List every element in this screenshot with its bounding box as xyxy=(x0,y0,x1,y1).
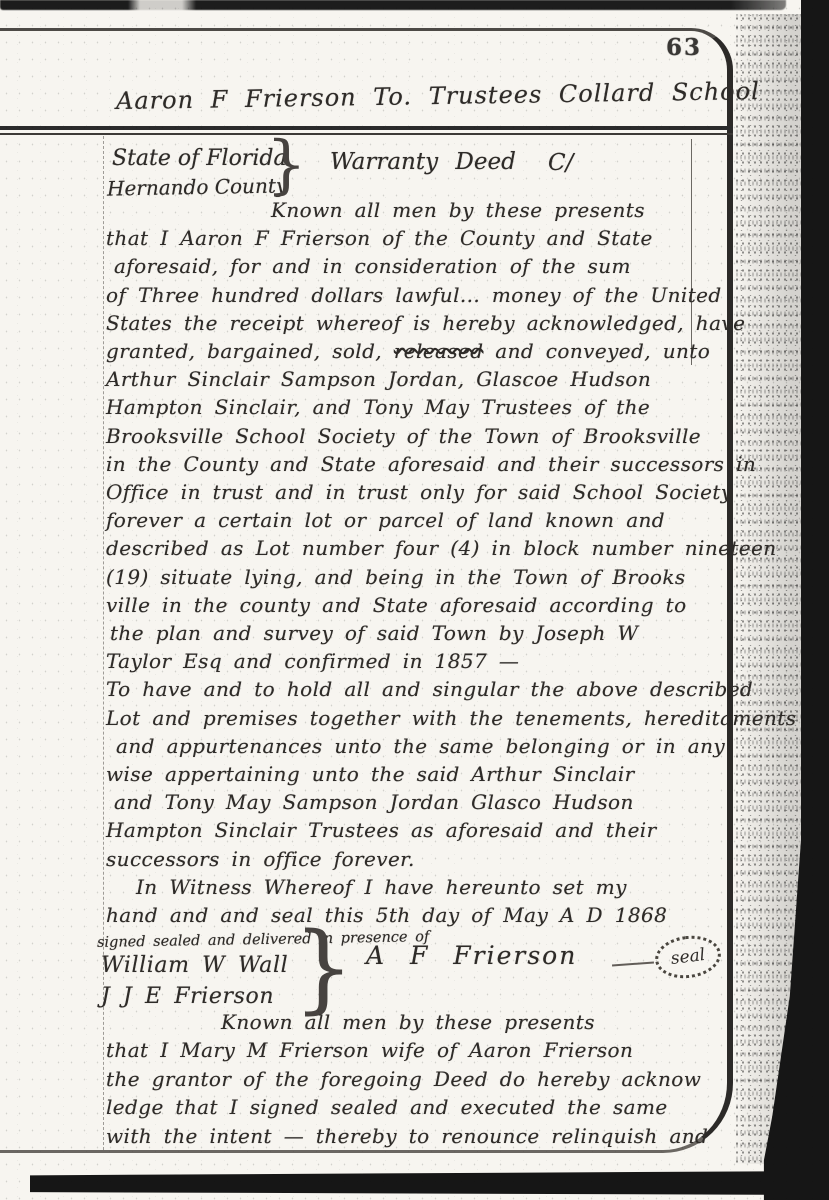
line-text: and conveyed, unto xyxy=(483,339,710,363)
handwritten-line: Arthur Sinclair Sampson Jordan, Glascoe … xyxy=(106,365,726,393)
handwritten-line: To have and to hold all and singular the… xyxy=(106,675,726,703)
witness-signature: William W Wall xyxy=(101,950,288,981)
line-text: granted, bargained, sold, xyxy=(106,339,394,363)
handwritten-line: hand and and seal this 5th day of May A … xyxy=(106,901,726,929)
handwritten-line: Hampton Sinclair Trustees as aforesaid a… xyxy=(106,816,726,844)
grantor-signature: A F Frierson xyxy=(366,941,577,970)
witness-signatures: William W WallJ J E Frierson xyxy=(101,950,288,1012)
handwritten-line: and Tony May Sampson Jordan Glasco Hudso… xyxy=(114,788,726,816)
handwritten-line: of Three hundred dollars lawful... money… xyxy=(106,281,726,309)
handwritten-line: Known all men by these presents xyxy=(271,196,726,224)
handwritten-line: ville in the county and State aforesaid … xyxy=(106,591,726,619)
handwritten-line: that I Aaron F Frierson of the County an… xyxy=(106,224,726,252)
handwritten-line: Hampton Sinclair, and Tony May Trustees … xyxy=(106,393,726,421)
handwritten-line: In Witness Whereof I have hereunto set m… xyxy=(136,873,726,901)
handwritten-line: aforesaid, for and in consideration of t… xyxy=(114,252,726,280)
handwritten-line: in the County and State aforesaid and th… xyxy=(106,450,726,478)
handwritten-line: successors in office forever. xyxy=(106,845,726,873)
caption-doc-type: Warranty Deed xyxy=(330,149,516,175)
deed-body-text: Known all men by these presentsthat I Aa… xyxy=(106,196,726,929)
caption-brace: } xyxy=(266,133,307,197)
dower-acknowledgment-text: Known all men by these presentsthat I Ma… xyxy=(106,1008,746,1150)
witness-brace: } xyxy=(293,920,354,1016)
handwritten-line: Known all men by these presents xyxy=(221,1008,746,1036)
header-divider-rule xyxy=(0,126,733,135)
handwritten-line: States the receipt whereof is hereby ack… xyxy=(106,309,726,337)
handwritten-line: Brooksville School Society of the Town o… xyxy=(106,422,726,450)
handwritten-line: Lot and premises together with the tenem… xyxy=(106,704,726,732)
scan-artifact-bottom-band xyxy=(30,1171,829,1195)
handwritten-line: with the intent — thereby to renounce re… xyxy=(106,1122,746,1150)
handwritten-line: (19) situate lying, and being in the Tow… xyxy=(106,563,726,591)
struck-word: released xyxy=(394,339,484,363)
handwritten-line: Taylor Esq and confirmed in 1857 — xyxy=(106,647,726,675)
handwritten-line: that I Mary M Frierson wife of Aaron Fri… xyxy=(106,1036,746,1064)
caption-flourish-mark: C/ xyxy=(548,150,573,176)
scanned-deed-page: 63 Aaron F Frierson To. Trustees Collard… xyxy=(0,0,829,1200)
handwritten-line: and appurtenances unto the same belongin… xyxy=(116,732,726,760)
seal-label: seal xyxy=(670,945,707,969)
scan-artifact-top-band xyxy=(0,0,786,10)
handwritten-line: granted, bargained, sold, released and c… xyxy=(106,337,726,365)
handwritten-line: described as Lot number four (4) in bloc… xyxy=(106,534,726,562)
handwritten-line: the grantor of the foregoing Deed do her… xyxy=(106,1065,746,1093)
handwritten-line: forever a certain lot or parcel of land … xyxy=(106,506,726,534)
handwritten-line: ledge that I signed sealed and executed … xyxy=(106,1093,746,1121)
handwritten-line: wise appertaining unto the said Arthur S… xyxy=(106,760,726,788)
page-number: 63 xyxy=(666,34,702,61)
handwritten-line: the plan and survey of said Town by Jose… xyxy=(110,619,726,647)
caption-state: State of Florida xyxy=(112,146,287,171)
handwritten-line: Office in trust and in trust only for sa… xyxy=(106,478,726,506)
